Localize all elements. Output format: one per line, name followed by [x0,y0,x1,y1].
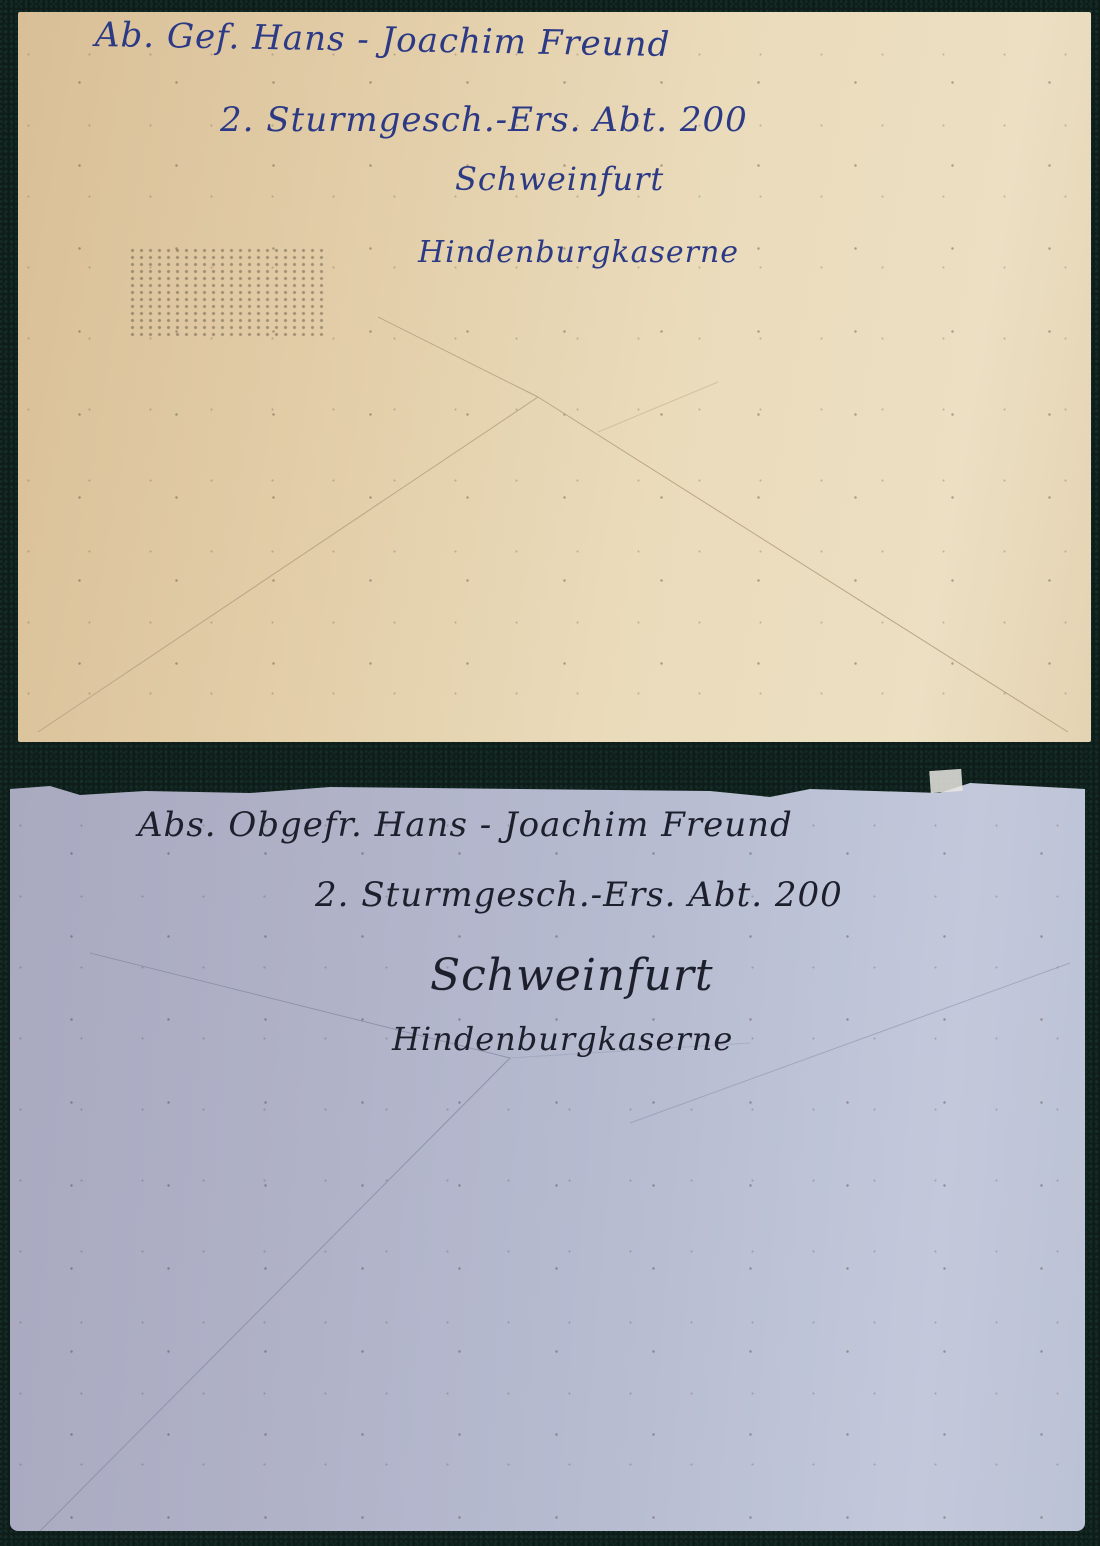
sender-city-line: Schweinfurt [430,950,714,1001]
sender-city-line: Schweinfurt [455,160,664,198]
sender-barracks-line: Hindenburgkaserne [418,235,739,270]
sender-name-line: Abs. Obgefr. Hans - Joachim Freund [138,805,793,845]
sender-unit-line: 2. Sturmgesch.-Ers. Abt. 200 [315,875,843,915]
sender-barracks-line: Hindenburgkaserne [392,1020,733,1058]
torn-flap-edge [929,769,962,793]
sender-unit-line: 2. Sturmgesch.-Ers. Abt. 200 [220,100,748,140]
postmark-smudge [128,247,328,337]
